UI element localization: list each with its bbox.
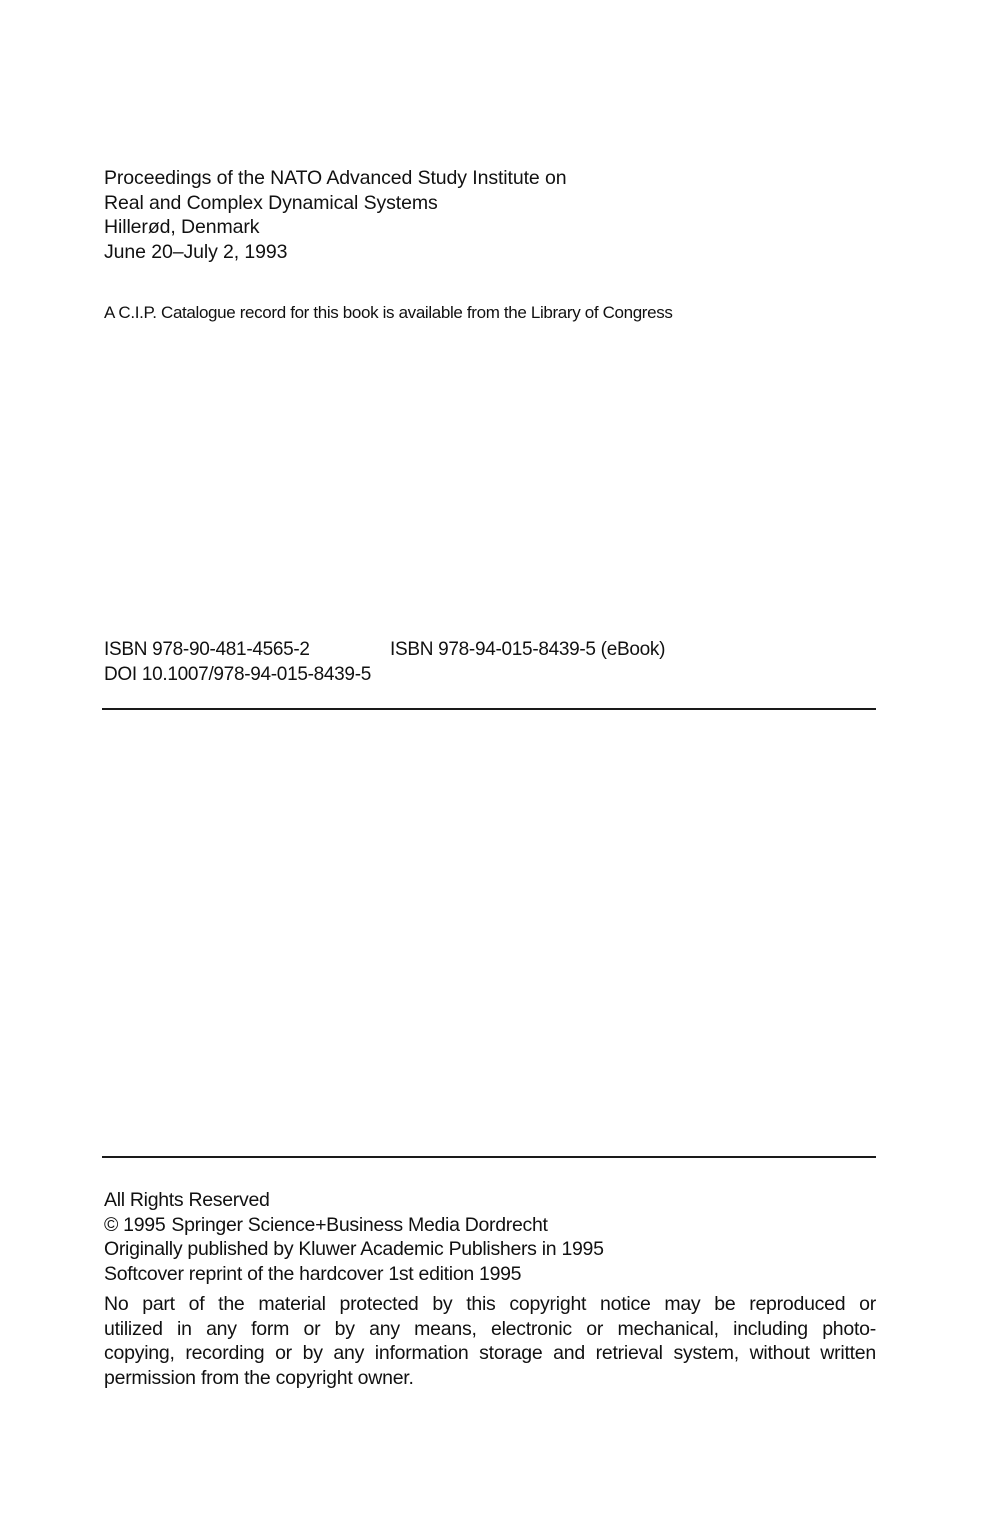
book-identifiers: ISBN 978-90-481-4565-2ISBN 978-94-015-84… [104, 638, 665, 687]
notice-line: utilized in any form or by any means, el… [104, 1317, 876, 1342]
original-publication: Originally published by Kluwer Academic … [104, 1237, 604, 1262]
rights-info: All Rights Reserved © 1995Springer Scien… [104, 1188, 604, 1286]
copyright-holder: Springer Science+Business Media Dordrech… [171, 1214, 547, 1236]
proceedings-info: Proceedings of the NATO Advanced Study I… [104, 166, 566, 264]
isbn-row: ISBN 978-90-481-4565-2ISBN 978-94-015-84… [104, 638, 665, 663]
isbn-ebook: ISBN 978-94-015-8439-5 (eBook) [390, 638, 665, 663]
proceedings-date-line: June 20–July 2, 1993 [104, 240, 566, 265]
divider-rule-bottom [102, 1156, 876, 1158]
copyright-symbol-year: © 1995 [104, 1214, 165, 1236]
notice-line: No part of the material protected by thi… [104, 1292, 876, 1317]
doi: DOI 10.1007/978-94-015-8439-5 [104, 663, 665, 688]
isbn-print: ISBN 978-90-481-4565-2 [104, 638, 390, 663]
copyright-line: © 1995Springer Science+Business Media Do… [104, 1213, 604, 1238]
cip-record: A C.I.P. Catalogue record for this book … [104, 302, 673, 324]
proceedings-title-line: Proceedings of the NATO Advanced Study I… [104, 166, 566, 191]
notice-line: copying, recording or by any information… [104, 1341, 876, 1366]
cip-record-text: A C.I.P. Catalogue record for this book … [104, 302, 673, 324]
reprint-info: Softcover reprint of the hardcover 1st e… [104, 1262, 604, 1287]
divider-rule-top [102, 708, 876, 710]
notice-line: permission from the copyright owner. [104, 1366, 876, 1391]
copyright-notice: No part of the material protected by thi… [104, 1292, 876, 1390]
proceedings-subject-line: Real and Complex Dynamical Systems [104, 191, 566, 216]
proceedings-location-line: Hillerød, Denmark [104, 215, 566, 240]
rights-heading: All Rights Reserved [104, 1188, 604, 1213]
